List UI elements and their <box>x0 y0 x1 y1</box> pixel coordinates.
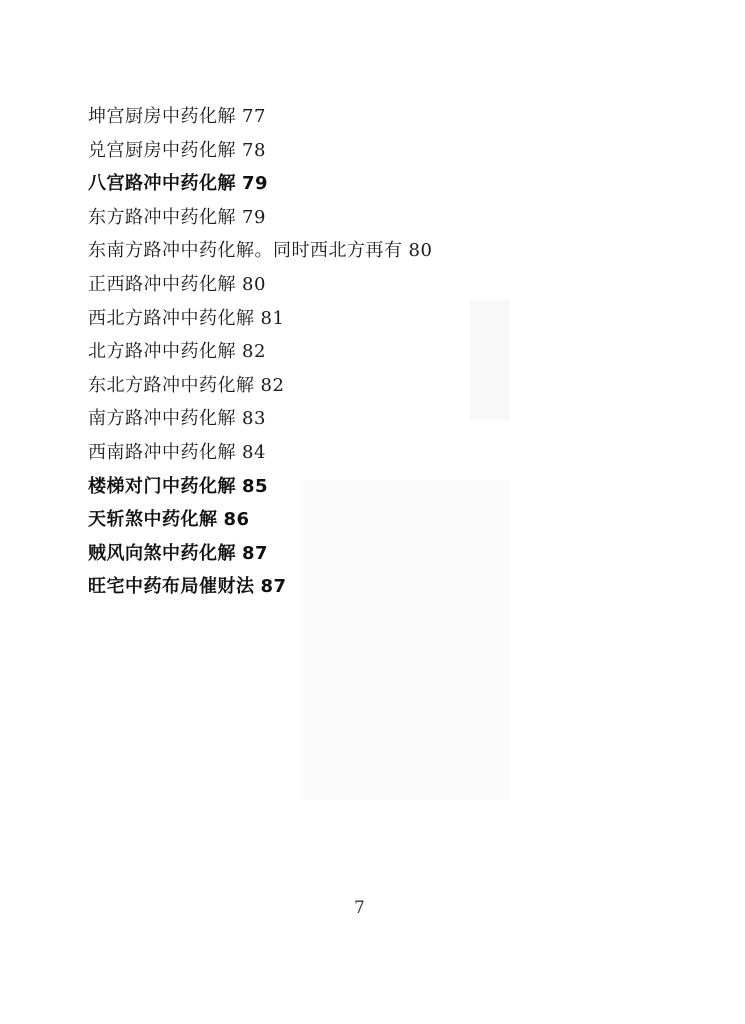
toc-section-heading[interactable]: 楼梯对门中药化解85 <box>88 470 432 504</box>
toc-entry[interactable]: 北方路冲中药化解82 <box>88 335 432 369</box>
toc-entry-page: 80 <box>242 274 266 295</box>
toc-entry-page: 78 <box>242 140 266 161</box>
toc-entry-title: 旺宅中药布局催财法 <box>88 576 255 597</box>
toc-entry-page: 83 <box>242 408 266 429</box>
toc-entry-page: 84 <box>242 442 266 463</box>
toc-entry-page: 77 <box>242 106 266 127</box>
toc-entry[interactable]: 西北方路冲中药化解81 <box>88 302 432 336</box>
toc-entry-title: 东北方路冲中药化解 <box>88 375 255 396</box>
toc-entry[interactable]: 坤宫厨房中药化解77 <box>88 100 432 134</box>
toc-entry-page: 82 <box>242 341 266 362</box>
toc-entry-title: 西南路冲中药化解 <box>88 442 236 463</box>
toc-section-heading[interactable]: 旺宅中药布局催财法87 <box>88 570 432 604</box>
toc-entry-title: 西北方路冲中药化解 <box>88 308 255 329</box>
toc-entry[interactable]: 西南路冲中药化解84 <box>88 436 432 470</box>
toc-entry[interactable]: 兑宫厨房中药化解78 <box>88 134 432 168</box>
toc-entry-title: 兑宫厨房中药化解 <box>88 140 236 161</box>
toc-entry-page: 79 <box>242 207 266 228</box>
toc-entry[interactable]: 东方路冲中药化解79 <box>88 201 432 235</box>
toc-entry-title: 北方路冲中药化解 <box>88 341 236 362</box>
toc-section-heading[interactable]: 天斩煞中药化解86 <box>88 503 432 537</box>
toc-entry-title: 楼梯对门中药化解 <box>88 476 236 497</box>
toc-entry-title: 正西路冲中药化解 <box>88 274 236 295</box>
toc-entry[interactable]: 南方路冲中药化解83 <box>88 402 432 436</box>
show-through-artifact <box>470 300 510 420</box>
toc-section-heading[interactable]: 八宫路冲中药化解79 <box>88 167 432 201</box>
toc-entry-page: 87 <box>261 576 287 597</box>
toc-section-heading[interactable]: 贼风向煞中药化解87 <box>88 537 432 571</box>
toc-entry-title: 东南方路冲中药化解。同时西北方再有 <box>88 240 403 261</box>
toc-entry-title: 贼风向煞中药化解 <box>88 543 236 564</box>
page-number: 7 <box>354 898 365 918</box>
toc-entry-page: 81 <box>261 308 285 329</box>
toc-entry-page: 85 <box>242 476 268 497</box>
toc-entry-title: 东方路冲中药化解 <box>88 207 236 228</box>
toc-entry-page: 86 <box>224 509 250 530</box>
toc-entry-page: 87 <box>242 543 268 564</box>
toc-entry-title: 天斩煞中药化解 <box>88 509 218 530</box>
toc-entry-page: 80 <box>409 240 433 261</box>
toc-entry-title: 坤宫厨房中药化解 <box>88 106 236 127</box>
toc-entry-title: 八宫路冲中药化解 <box>88 173 236 194</box>
toc-entry[interactable]: 正西路冲中药化解80 <box>88 268 432 302</box>
toc-entry-page: 79 <box>242 173 268 194</box>
toc-entry-page: 82 <box>261 375 285 396</box>
toc-entry-title: 南方路冲中药化解 <box>88 408 236 429</box>
table-of-contents: 坤宫厨房中药化解77 兑宫厨房中药化解78 八宫路冲中药化解79 东方路冲中药化… <box>88 100 432 604</box>
toc-entry[interactable]: 东南方路冲中药化解。同时西北方再有80 <box>88 234 432 268</box>
toc-entry[interactable]: 东北方路冲中药化解82 <box>88 369 432 403</box>
